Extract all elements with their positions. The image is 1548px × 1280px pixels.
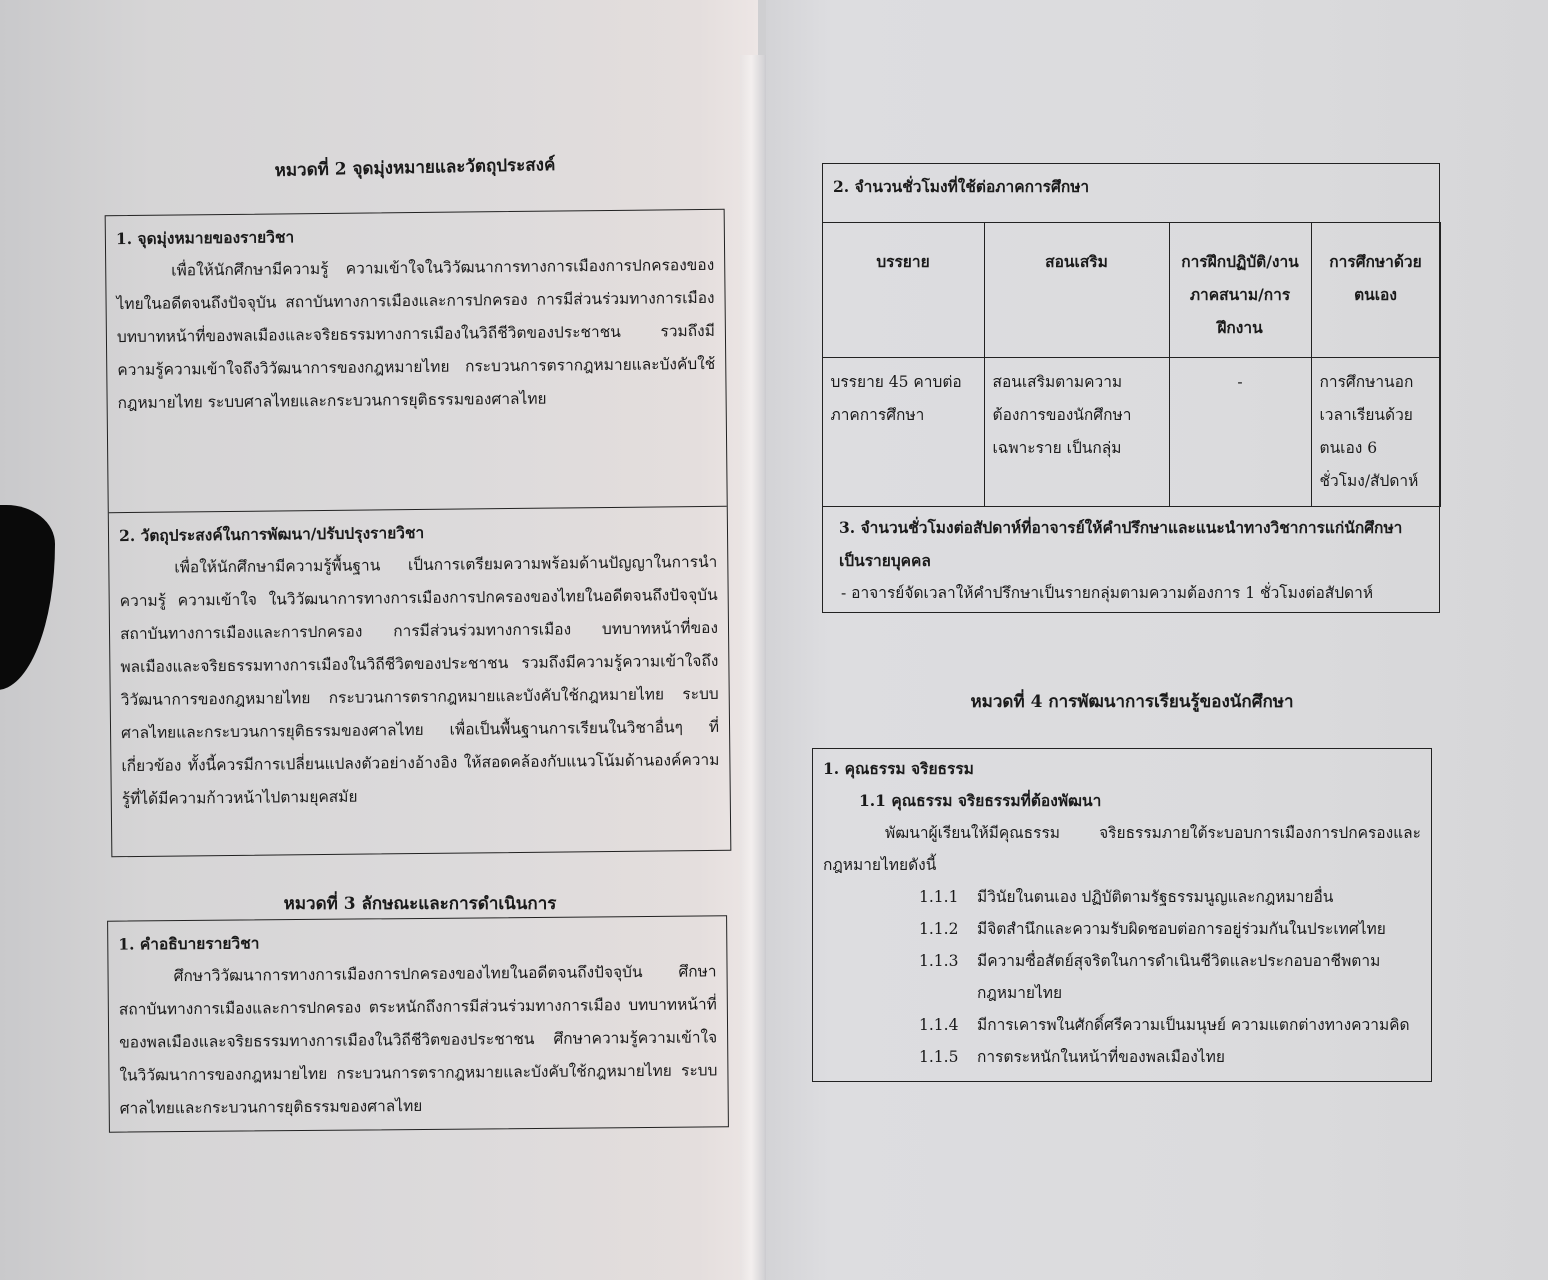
item-number: 1.1.2 bbox=[919, 913, 977, 945]
advice-section: 3. จำนวนชั่วโมงต่อสัปดาห์ที่อาจารย์ให้คำ… bbox=[823, 507, 1439, 624]
chapter2-box: 1. จุดมุ่งหมายของรายวิชา เพื่อให้นักศึกษ… bbox=[105, 209, 732, 857]
item-number: 1.1.5 bbox=[919, 1041, 977, 1073]
table-row: บรรยาย 45 คาบต่อภาคการศึกษา สอนเสริมตามค… bbox=[822, 357, 1440, 506]
item-text: มีวินัยในตนเอง ปฏิบัติตามรัฐธรรมนูญและกฎ… bbox=[977, 881, 1421, 913]
item-text: มีความซื่อสัตย์สุจริตในการดำเนินชีวิตและ… bbox=[977, 945, 1421, 1009]
item-number: 1.1.1 bbox=[919, 881, 977, 913]
advice-note: - อาจารย์จัดเวลาให้คำปรึกษาเป็นรายกลุ่มต… bbox=[835, 577, 1427, 610]
ethics-list: 1.1.1มีวินัยในตนเอง ปฏิบัติตามรัฐธรรมนูญ… bbox=[823, 881, 1421, 1073]
item-number: 1.1.3 bbox=[919, 945, 977, 1009]
section-body: ศึกษาวิวัฒนาการทางการเมืองการปกครองของไท… bbox=[118, 955, 717, 1125]
right-page: 2. จำนวนชั่วโมงที่ใช้ต่อภาคการศึกษา บรรย… bbox=[766, 0, 1548, 1280]
intro-text: พัฒนาผู้เรียนให้มีคุณธรรม จริยธรรมภายใต้… bbox=[823, 817, 1421, 881]
item-text: มีจิตสำนึกและความรับผิดชอบต่อการอยู่ร่วม… bbox=[977, 913, 1421, 945]
item-text: มีการเคารพในศักดิ์ศรีความเป็นมนุษย์ ความ… bbox=[977, 1009, 1421, 1041]
chapter4-heading: หมวดที่ 4 การพัฒนาการเรียนรู้ของนักศึกษา bbox=[822, 688, 1442, 715]
section-body: เพื่อให้นักศึกษามีความรู้ ความเข้าใจในวิ… bbox=[116, 249, 716, 420]
table-cell: - bbox=[1169, 357, 1311, 506]
list-item: 1.1.2มีจิตสำนึกและความรับผิดชอบต่อการอยู… bbox=[823, 913, 1421, 945]
item-number: 1.1.4 bbox=[919, 1009, 977, 1041]
list-item: 1.1.3มีความซื่อสัตย์สุจริตในการดำเนินชีว… bbox=[823, 945, 1421, 1009]
column-header: การศึกษาด้วยตนเอง bbox=[1311, 222, 1440, 357]
section-title: 1. คำอธิบายรายวิชา bbox=[118, 922, 716, 960]
hours-title: 2. จำนวนชั่วโมงที่ใช้ต่อภาคการศึกษา bbox=[823, 164, 1439, 223]
table-cell: การศึกษานอกเวลาเรียนด้วยตนเอง 6 ชั่วโมง/… bbox=[1311, 357, 1440, 506]
column-header: บรรยาย bbox=[822, 222, 984, 357]
column-header: การฝึกปฏิบัติ/งานภาคสนาม/การฝึกงาน bbox=[1169, 222, 1311, 357]
item-text: การตระหนักในหน้าที่ของพลเมืองไทย bbox=[977, 1041, 1421, 1073]
table-cell: สอนเสริมตามความต้องการของนักศึกษาเฉพาะรา… bbox=[984, 357, 1169, 506]
chapter4-box: 1. คุณธรรม จริยธรรม 1.1 คุณธรรม จริยธรรม… bbox=[812, 748, 1432, 1082]
objective-section: 1. จุดมุ่งหมายของรายวิชา เพื่อให้นักศึกษ… bbox=[106, 210, 727, 513]
list-item: 1.1.1มีวินัยในตนเอง ปฏิบัติตามรัฐธรรมนูญ… bbox=[823, 881, 1421, 913]
list-item: 1.1.5การตระหนักในหน้าที่ของพลเมืองไทย bbox=[823, 1041, 1421, 1073]
hours-table: บรรยาย สอนเสริม การฝึกปฏิบัติ/งานภาคสนาม… bbox=[822, 222, 1441, 507]
chapter3-heading: หมวดที่ 3 ลักษณะและการดำเนินการ bbox=[110, 890, 730, 917]
list-item: 1.1.4มีการเคารพในศักดิ์ศรีความเป็นมนุษย์… bbox=[823, 1009, 1421, 1041]
sub-title: 1.1 คุณธรรม จริยธรรมที่ต้องพัฒนา bbox=[823, 785, 1421, 817]
hours-box: 2. จำนวนชั่วโมงที่ใช้ต่อภาคการศึกษา บรรย… bbox=[822, 163, 1440, 613]
thumb-shadow bbox=[0, 505, 55, 690]
advice-title: 3. จำนวนชั่วโมงต่อสัปดาห์ที่อาจารย์ให้คำ… bbox=[835, 511, 1427, 577]
section-body: เพื่อให้นักศึกษามีความรู้พื้นฐาน เป็นการ… bbox=[119, 546, 720, 816]
purpose-section: 2. วัตถุประสงค์ในการพัฒนา/ปรับปรุงรายวิช… bbox=[109, 507, 730, 826]
left-page: หมวดที่ 2 จุดมุ่งหมายและวัตถุประสงค์ 1. … bbox=[0, 0, 758, 1280]
chapter3-box: 1. คำอธิบายรายวิชา ศึกษาวิวัฒนาการทางการ… bbox=[107, 915, 729, 1132]
book-spine bbox=[740, 55, 768, 1280]
table-cell: บรรยาย 45 คาบต่อภาคการศึกษา bbox=[822, 357, 984, 506]
column-header: สอนเสริม bbox=[984, 222, 1169, 357]
course-description-section: 1. คำอธิบายรายวิชา ศึกษาวิวัฒนาการทางการ… bbox=[108, 916, 728, 1135]
table-header-row: บรรยาย สอนเสริม การฝึกปฏิบัติ/งานภาคสนาม… bbox=[822, 222, 1440, 357]
section-title: 1. คุณธรรม จริยธรรม bbox=[823, 753, 1421, 785]
chapter2-heading: หมวดที่ 2 จุดมุ่งหมายและวัตถุประสงค์ bbox=[110, 148, 720, 188]
